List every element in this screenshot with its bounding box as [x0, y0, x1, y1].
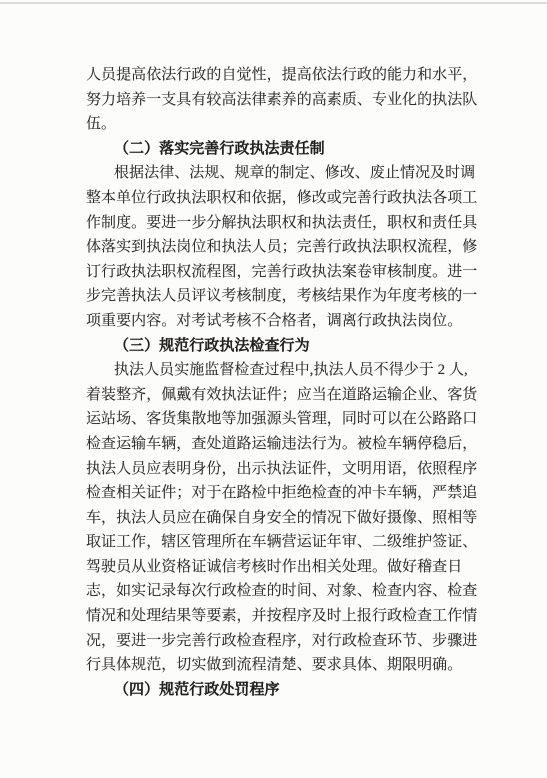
text-line: 作制度。要进一步分解执法职权和执法责任，职权和责任具	[86, 211, 480, 236]
text-line: 人员提高依法行政的自觉性，提高依法行政的能力和水平，	[86, 63, 480, 88]
text-line: 运站场、客货集散地等加强源头管理，同时可以在公路路口	[86, 407, 480, 432]
text-line: 步完善执法人员评议考核制度，考核结果作为年度考核的一	[86, 284, 480, 309]
text-line: 伍。	[86, 112, 480, 137]
text-line: 检查相关证件；对于在路检中拒绝检查的冲卡车辆，严禁追	[86, 481, 480, 506]
scan-edge-artifact	[0, 2, 547, 4]
scanned-document-page: { "colors": { "paper": "#fcfcfa", "ink":…	[0, 0, 547, 778]
text-line: 取证工作，辖区管理所在车辆营运证年审、二级维护签证、	[86, 530, 480, 555]
document-text-block: 人员提高依法行政的自觉性，提高依法行政的能力和水平，努力培养一支具有较高法律素养…	[86, 63, 480, 702]
text-line: 努力培养一支具有较高法律素养的高素质、专业化的执法队	[86, 88, 480, 113]
text-line: 情况和处理结果等要素，并按程序及时上报行政检查工作情	[86, 604, 480, 629]
text-line: 整本单位行政执法职权和依据，修改或完善行政执法各项工	[86, 186, 480, 211]
text-line: 驾驶员从业资格证诚信考核时作出相关处理。做好稽查日	[86, 555, 480, 580]
text-line: 根据法律、法规、规章的制定、修改、废止情况及时调	[86, 161, 480, 186]
text-line: 志，如实记录每次行政检查的时间、对象、检查内容、检查	[86, 579, 480, 604]
text-line: 况，要进一步完善行政检查程序，对行政检查环节、步骤进	[86, 629, 480, 654]
text-line: 执法人员应表明身份，出示执法证件，文明用语，依照程序	[86, 457, 480, 482]
text-line: 订行政执法职权流程图，完善行政执法案卷审核制度。进一	[86, 260, 480, 285]
section-heading: （三）规范行政执法检查行为	[86, 334, 480, 359]
text-line: 执法人员实施监督检查过程中,执法人员不得少于 2 人,	[86, 358, 480, 383]
text-line: 项重要内容。对考试考核不合格者，调离行政执法岗位。	[86, 309, 480, 334]
text-line: 检查运输车辆，查处道路运输违法行为。被检车辆停稳后，	[86, 432, 480, 457]
text-line: 行具体规范，切实做到流程清楚、要求具体、期限明确。	[86, 653, 480, 678]
section-heading: （二）落实完善行政执法责任制	[86, 137, 480, 162]
section-heading: （四）规范行政处罚程序	[86, 678, 480, 703]
text-line: 体落实到执法岗位和执法人员；完善行政执法职权流程，修	[86, 235, 480, 260]
text-line: 车，执法人员应在确保自身安全的情况下做好摄像、照相等	[86, 506, 480, 531]
text-line: 着装整齐，佩戴有效执法证件；应当在道路运输企业、客货	[86, 383, 480, 408]
